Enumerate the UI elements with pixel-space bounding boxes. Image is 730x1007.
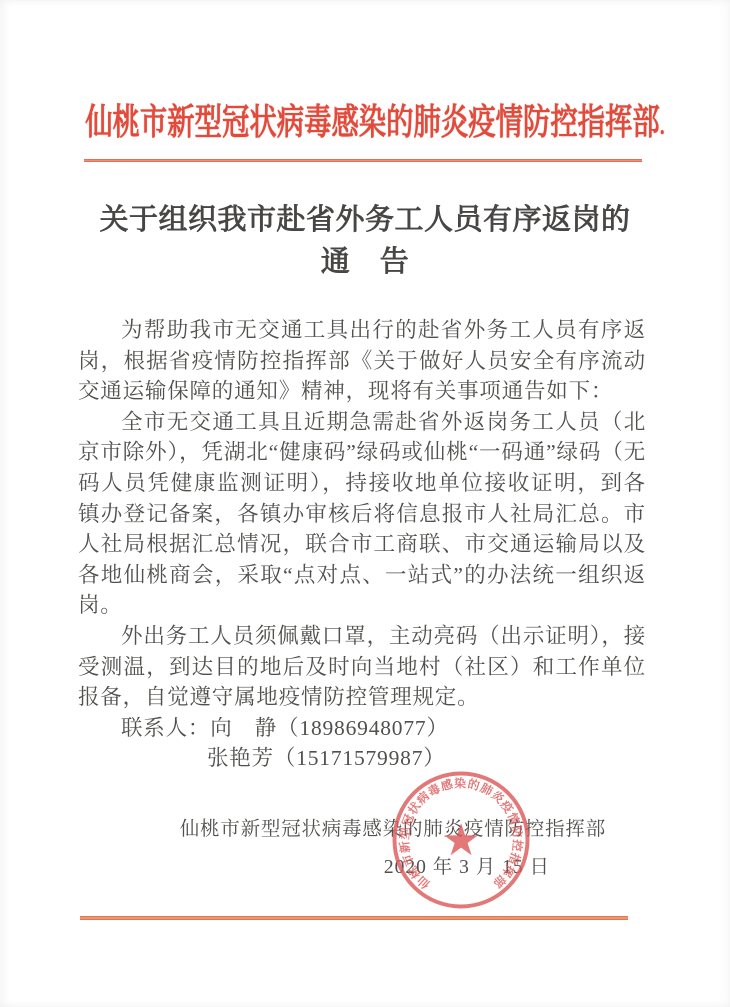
document-title-line2: 通 告 [10, 241, 720, 283]
signature-date: 2020 年 3 月 15 日 [0, 851, 730, 879]
letterhead-trailing-mark: . [660, 111, 665, 140]
document-body: 为帮助我市无交通工具出行的赴省外务工人员有序返岗，根据省疫情防控指挥部《关于做好… [78, 315, 646, 774]
document-title: 关于组织我市赴省外务工人员有序返岗的 通 告 [10, 199, 720, 283]
notice-paragraph-2: 全市无交通工具且近期急需赴省外返岗务工人员（北京市除外），凭湖北“健康码”绿码或… [78, 407, 646, 621]
notice-paragraph-1: 为帮助我市无交通工具出行的赴省外务工人员有序返岗，根据省疫情防控指挥部《关于做好… [78, 315, 646, 407]
contact-1-phone: （18986948077） [277, 716, 449, 740]
contact-1-name: 向 静 [210, 716, 277, 740]
contact-line-1: 联系人：向 静（18986948077） [78, 713, 646, 744]
contact-line-2: 张艳芳（15171579987） [78, 743, 646, 774]
letterhead-org-name: 仙桃市新型冠状病毒感染的肺炎疫情防控指挥部. [85, 94, 625, 145]
letterhead-divider [84, 159, 642, 162]
footer-divider [80, 916, 628, 920]
letterhead-org-text: 仙桃市新型冠状病毒感染的肺炎疫情防控指挥部 [85, 102, 660, 142]
notice-document: 仙桃市新型冠状病毒感染的肺炎疫情防控指挥部. 关于组织我市赴省外务工人员有序返岗… [0, 0, 730, 1007]
contact-label: 联系人： [121, 716, 210, 740]
contact-2-phone: （15171579987） [274, 746, 446, 770]
signature-org-name: 仙桃市新型冠状病毒感染的肺炎疫情防控指挥部 [0, 813, 730, 841]
document-title-line1: 关于组织我市赴省外务工人员有序返岗的 [10, 199, 720, 241]
notice-paragraph-3: 外出务工人员须佩戴口罩，主动亮码（出示证明），接受测温，到达目的地后及时向当地村… [78, 621, 646, 713]
contact-2-name: 张艳芳 [207, 746, 274, 770]
